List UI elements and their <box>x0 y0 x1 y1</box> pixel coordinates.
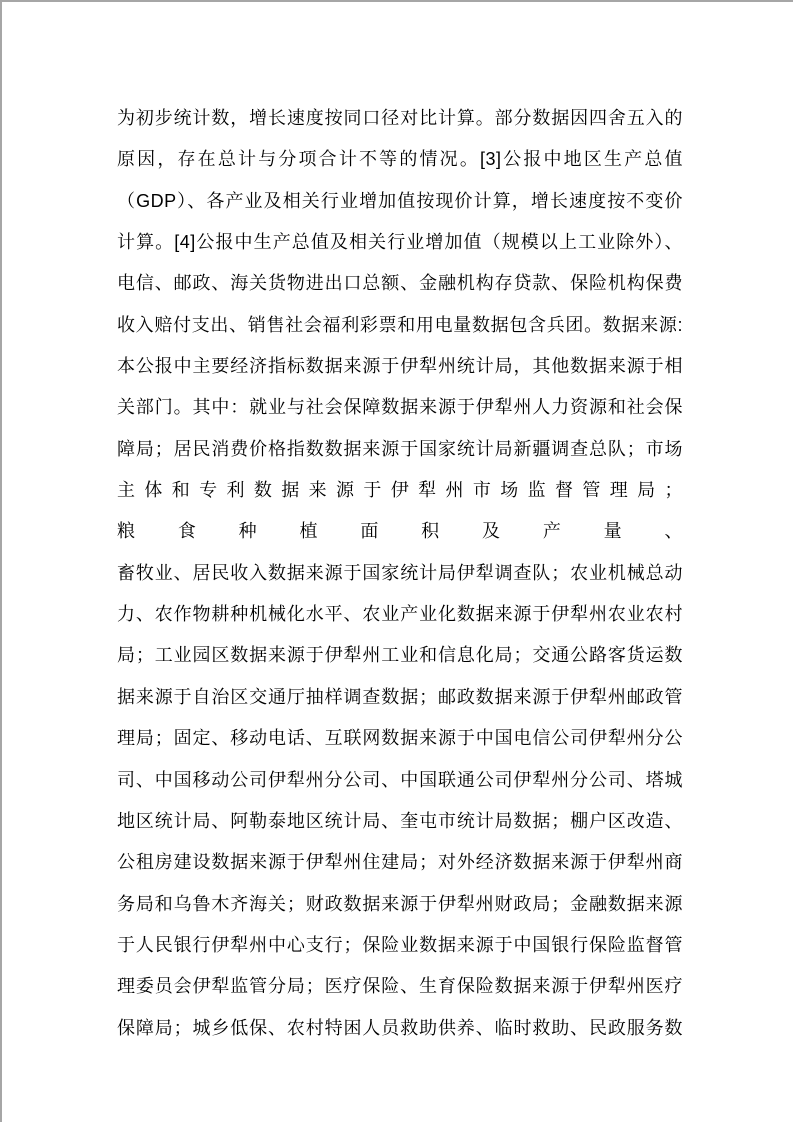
text-line: 主体和专利数据来源于伊犁州市场监督管理局；粮食种植面积及产量、 <box>117 470 683 553</box>
text-line: 务局和乌鲁木齐海关；财政数据来源于伊犁州财政局；金融数据来源 <box>117 884 683 925</box>
text-line: 原因，存在总计与分项合计不等的情况。[3]公报中地区生产总值 <box>117 139 683 180</box>
text-line: 理局；固定、移动电话、互联网数据来源于中国电信公司伊犁州分公 <box>117 718 683 759</box>
text-line: 计算。[4]公报中生产总值及相关行业增加值（规模以上工业除外）、 <box>117 222 683 263</box>
text-line: 为初步统计数，增长速度按同口径对比计算。部分数据因四舍五入的 <box>117 98 683 139</box>
text-line: 公租房建设数据来源于伊犁州住建局；对外经济数据来源于伊犁州商 <box>117 842 683 883</box>
text-line: 障局；居民消费价格指数数据来源于国家统计局新疆调查总队；市场 <box>117 429 683 470</box>
text-line: 关部门。其中：就业与社会保障数据来源于伊犁州人力资源和社会保 <box>117 387 683 428</box>
text-line: 畜牧业、居民收入数据来源于国家统计局伊犁调查队；农业机械总动 <box>117 553 683 594</box>
text-line: 力、农作物耕种机械化水平、农业产业化数据来源于伊犁州农业农村 <box>117 594 683 635</box>
text-line: 保障局；城乡低保、农村特困人员救助供养、临时救助、民政服务数 <box>117 1008 683 1049</box>
paragraph-data-sources-notes: 为初步统计数，增长速度按同口径对比计算。部分数据因四舍五入的 原因，存在总计与分… <box>117 98 683 1049</box>
text-line: 于人民银行伊犁州中心支行；保险业数据来源于中国银行保险监督管 <box>117 925 683 966</box>
text-line: 地区统计局、阿勒泰地区统计局、奎屯市统计局数据；棚户区改造、 <box>117 801 683 842</box>
text-line: 据来源于自治区交通厅抽样调查数据；邮政数据来源于伊犁州邮政管 <box>117 677 683 718</box>
text-line: （GDP）、各产业及相关行业增加值按现价计算，增长速度按不变价 <box>117 181 683 222</box>
text-line: 局；工业园区数据来源于伊犁州工业和信息化局；交通公路客货运数 <box>117 635 683 676</box>
text-line: 理委员会伊犁监管分局；医疗保险、生育保险数据来源于伊犁州医疗 <box>117 966 683 1007</box>
text-line: 司、中国移动公司伊犁州分公司、中国联通公司伊犁州分公司、塔城 <box>117 760 683 801</box>
text-line: 本公报中主要经济指标数据来源于伊犁州统计局，其他数据来源于相 <box>117 346 683 387</box>
text-line: 收入赔付支出、销售社会福利彩票和用电量数据包含兵团。数据来源: <box>117 305 683 346</box>
document-page: 为初步统计数，增长速度按同口径对比计算。部分数据因四舍五入的 原因，存在总计与分… <box>0 0 793 1122</box>
text-line: 电信、邮政、海关货物进出口总额、金融机构存贷款、保险机构保费 <box>117 263 683 304</box>
